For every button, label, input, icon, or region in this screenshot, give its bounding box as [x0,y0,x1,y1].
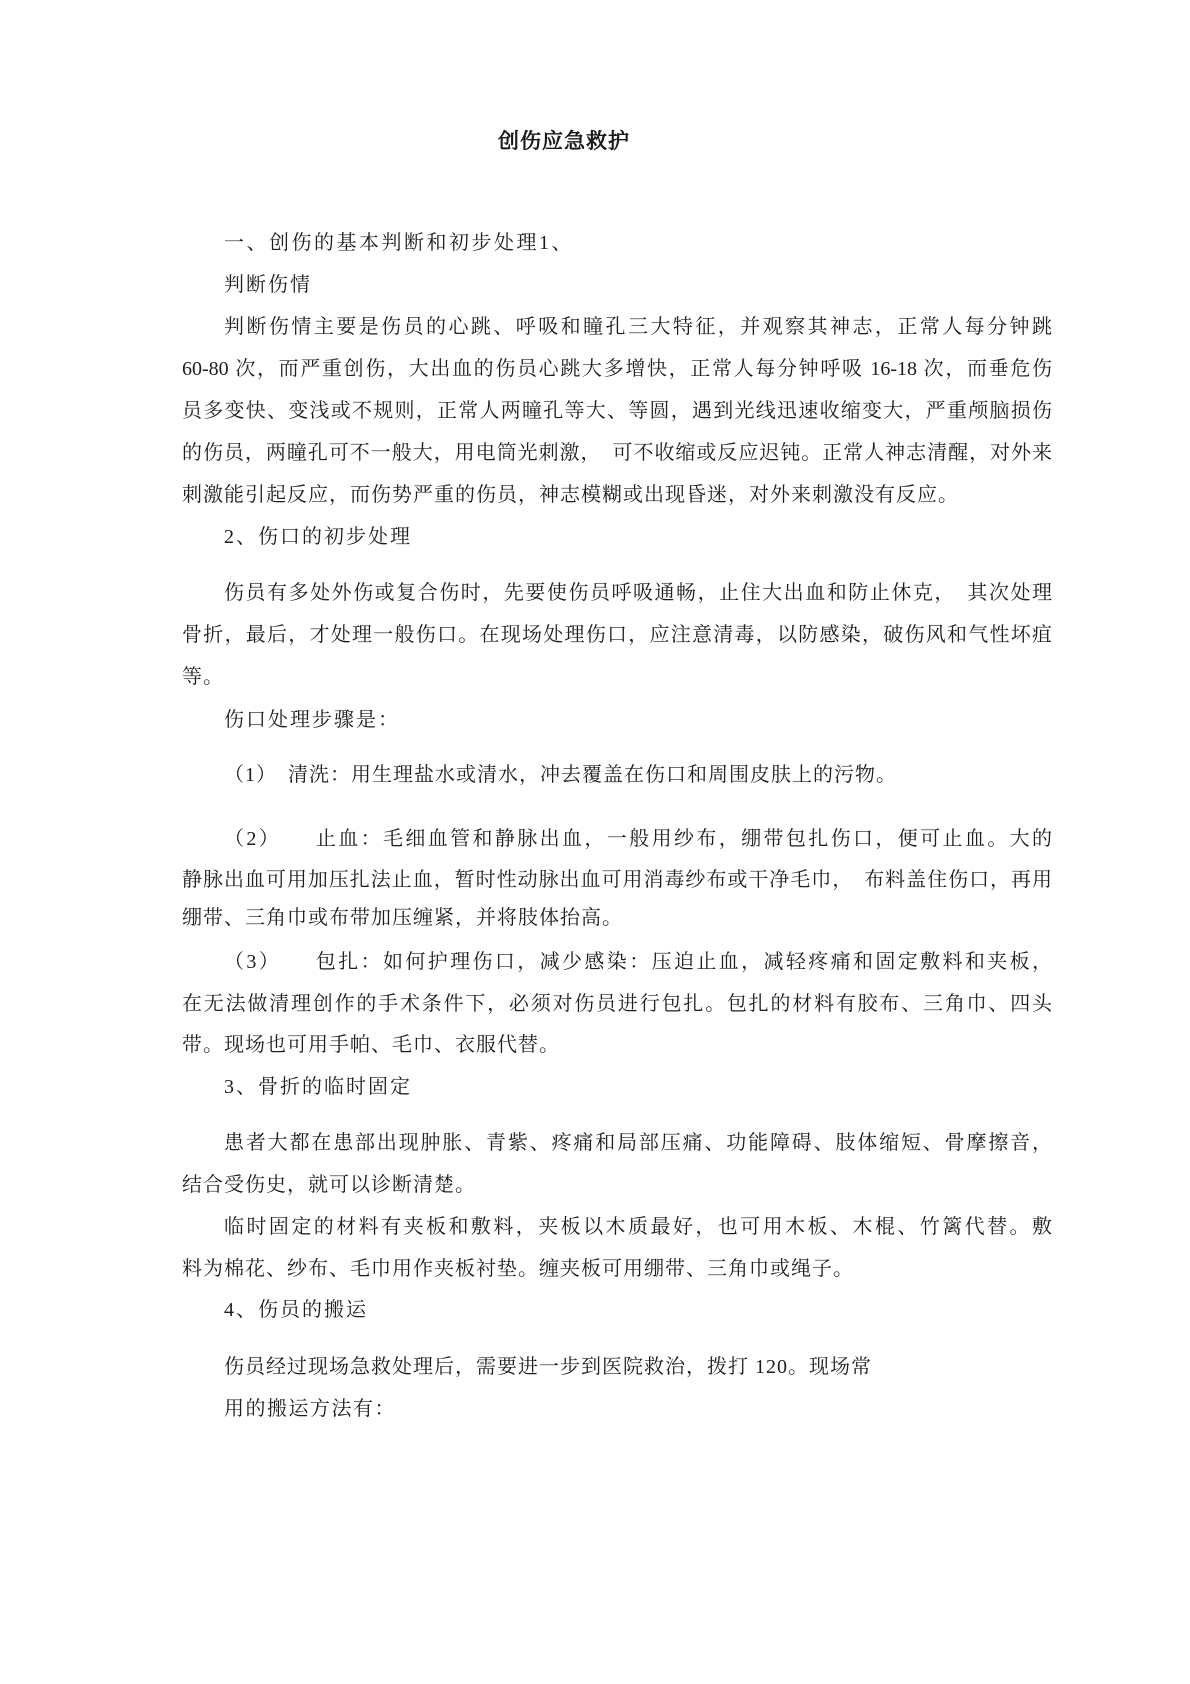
text-line: 绷带、三角巾或布带加压缠紧，并将肢体抬高。 [182,908,623,929]
text-line: 伤员经过现场急救处理后，需要进一步到医院救治，拨打 120。现场常 [224,1357,872,1378]
text-line: 判断伤情主要是伤员的心跳、呼吸和瞳孔三大特征，并观察其神志，正常人每分钟跳 [224,317,1052,338]
document-page: 创伤应急救护 一、创伤的基本判断和初步处理1、判断伤情判断伤情主要是伤员的心跳、… [0,0,1190,1684]
text-line: 静脉出血可用加压扎法止血，暂时性动脉出血可用消毒纱布或干净毛巾， 布料盖住伤口，… [182,870,1052,891]
text-line: 结合受伤史，就可以诊断清楚。 [182,1175,476,1196]
text-line: 临时固定的材料有夹板和敷料，夹板以木质最好，也可用木板、木棍、竹篱代替。敷 [224,1217,1052,1238]
text-line: 在无法做清理创作的手术条件下，必须对伤员进行包扎。包扎的材料有胶布、三角巾、四头 [182,994,1052,1015]
text-line: 等。 [182,667,224,688]
text-line: 3、骨折的临时固定 [224,1077,412,1098]
text-line: 伤口处理步骤是： [224,710,400,731]
text-line: 骨折，最后，才处理一般伤口。在现场处理伤口，应注意清毒，以防感染，破伤风和气性坏… [182,625,1052,646]
text-line: （2） 止血：毛细血管和静脉出血，一般用纱布，绷带包扎伤口，便可止血。大的 [224,829,1052,850]
text-line: 刺激能引起反应，而伤势严重的伤员，神志模糊或出现昏迷，对外来刺激没有反应。 [182,485,959,506]
text-line: （1） 清洗：用生理盐水或清水，冲去覆盖在伤口和周围皮肤上的污物。 [224,765,897,786]
text-line: 的伤员，两瞳孔可不一般大，用电筒光刺激， 可不收缩或反应迟钝。正常人神志清醒，对… [182,443,1052,464]
text-line: 伤员有多处外伤或复合伤时，先要使伤员呼吸通畅，止住大出血和防止休克， 其次处理 [224,583,1052,604]
text-line: 用的搬运方法有： [224,1399,396,1420]
text-line: 带。现场也可用手帕、毛巾、衣服代替。 [182,1035,560,1056]
text-line: 员多变快、变浅或不规则，正常人两瞳孔等大、等圆，遇到光线迅速收缩变大，严重颅脑损… [182,401,1052,422]
text-line: 2、伤口的初步处理 [224,527,412,548]
text-line: 一、创伤的基本判断和初步处理1、 [224,233,574,254]
text-line: 判断伤情 [224,275,312,296]
text-line: 4、伤员的搬运 [224,1300,368,1321]
document-title: 创伤应急救护 [498,130,630,152]
text-line: 料为棉花、纱布、毛巾用作夹板衬垫。缠夹板可用绷带、三角巾或绳子。 [182,1259,854,1280]
text-line: 患者大都在患部出现肿胀、青紫、疼痛和局部压痛、功能障碍、肢体缩短、骨摩擦音， [224,1133,1052,1154]
text-line: 60-80 次，而严重创伤，大出血的伤员心跳大多增快，正常人每分钟呼吸 16-1… [182,359,1052,380]
text-line: （3） 包扎：如何护理伤口，减少感染：压迫止血，减轻疼痛和固定敷料和夹板， [224,952,1052,973]
